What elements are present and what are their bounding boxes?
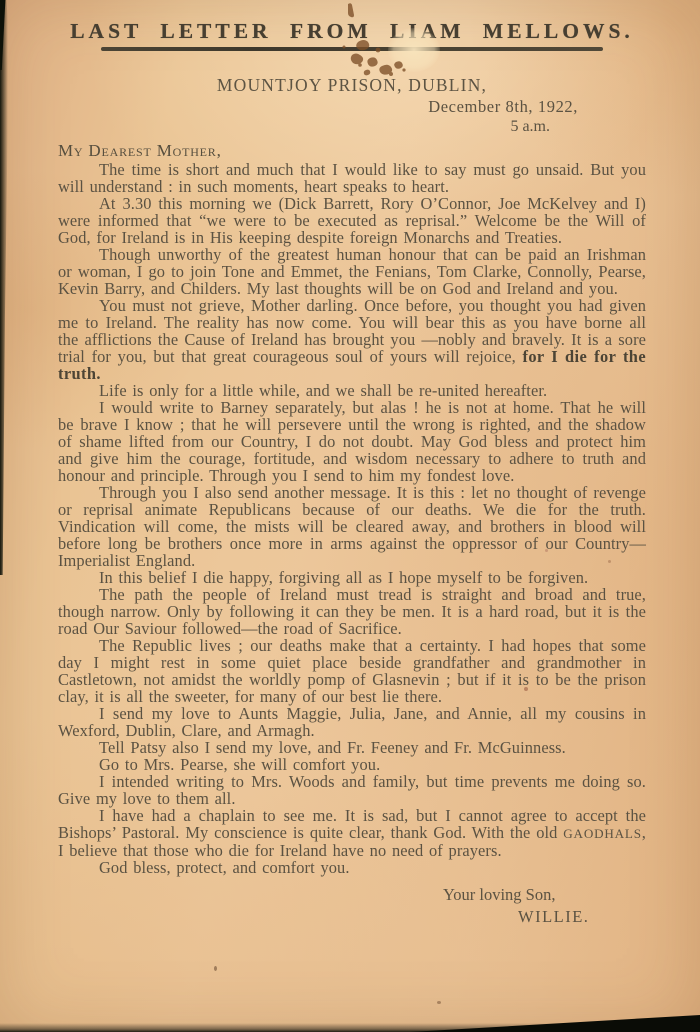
paragraph-text: I have had a chaplain to see me. It is s… <box>58 806 646 842</box>
paragraph-text: Though unworthy of the greatest human ho… <box>58 245 646 298</box>
letter-paragraph: In this belief I die happy, forgiving al… <box>58 569 646 586</box>
paragraph-text: I intended writing to Mrs. Woods and fam… <box>58 772 646 808</box>
letter-sheet: LAST LETTER FROM LIAM MELLOWS. MOUNTJOY … <box>0 0 700 1032</box>
letter-paragraph: The Republic lives ; our deaths make tha… <box>58 637 646 705</box>
letter-paragraph: God bless, protect, and comfort you. <box>58 859 646 876</box>
letter-paragraph: Go to Mrs. Pearse, she will comfort you. <box>58 756 646 773</box>
paragraph-text: The path the people of Ireland must trea… <box>58 585 646 638</box>
paragraph-text: The time is short and much that I would … <box>58 160 646 196</box>
paragraph-text: At 3.30 this morning we (Dick Barrett, R… <box>58 194 646 247</box>
paper-speck <box>524 687 528 691</box>
gaodhals-smallcaps: GAODHALS <box>563 826 642 841</box>
letter-paragraph: The time is short and much that I would … <box>58 161 646 195</box>
paper-speck <box>545 549 548 552</box>
paragraph-text: God bless, protect, and comfort you. <box>99 858 350 877</box>
letter-paragraph: The path the people of Ireland must trea… <box>58 586 646 637</box>
paragraph-text: Through you I also send another message.… <box>58 483 646 570</box>
letter-paragraph: At 3.30 this morning we (Dick Barrett, R… <box>58 195 646 246</box>
ink-smudge <box>336 0 446 86</box>
letter-paragraph: I would write to Barney separately, but … <box>58 399 646 484</box>
signature-name: WILLIE. <box>58 907 646 927</box>
paper-speck <box>214 966 217 971</box>
letter-date: December 8th, 1922, <box>58 97 646 117</box>
paragraph-text: I would write to Barney separately, but … <box>58 398 646 485</box>
letter-paragraph: Though unworthy of the greatest human ho… <box>58 246 646 297</box>
letter-paragraph: Tell Patsy also I send my love, and Fr. … <box>58 739 646 756</box>
paragraph-text: The Republic lives ; our deaths make tha… <box>58 636 646 706</box>
letter-time: 5 a.m. <box>58 118 646 136</box>
closing-block: Your loving Son, WILLIE. <box>58 885 646 927</box>
letter-body: My Dearest Mother, The time is short and… <box>58 141 646 876</box>
salutation: My Dearest Mother, <box>58 141 222 160</box>
paper-speck <box>608 560 611 563</box>
closing-salutation: Your loving Son, <box>58 885 646 905</box>
letter-paragraph: I intended writing to Mrs. Woods and fam… <box>58 773 646 807</box>
scan-edge-left <box>0 0 9 575</box>
paper-speck <box>437 1001 441 1004</box>
letter-paragraph: You must not grieve, Mother darling. Onc… <box>58 297 646 382</box>
paragraph-text: I send my love to Aunts Maggie, Julia, J… <box>58 704 646 740</box>
letter-paragraph: I have had a chaplain to see me. It is s… <box>58 807 646 859</box>
letter-paragraph: Life is only for a little while, and we … <box>58 382 646 399</box>
letter-paragraph: I send my love to Aunts Maggie, Julia, J… <box>58 705 646 739</box>
letter-paragraph: Through you I also send another message.… <box>58 484 646 569</box>
printed-area: LAST LETTER FROM LIAM MELLOWS. MOUNTJOY … <box>58 12 646 927</box>
